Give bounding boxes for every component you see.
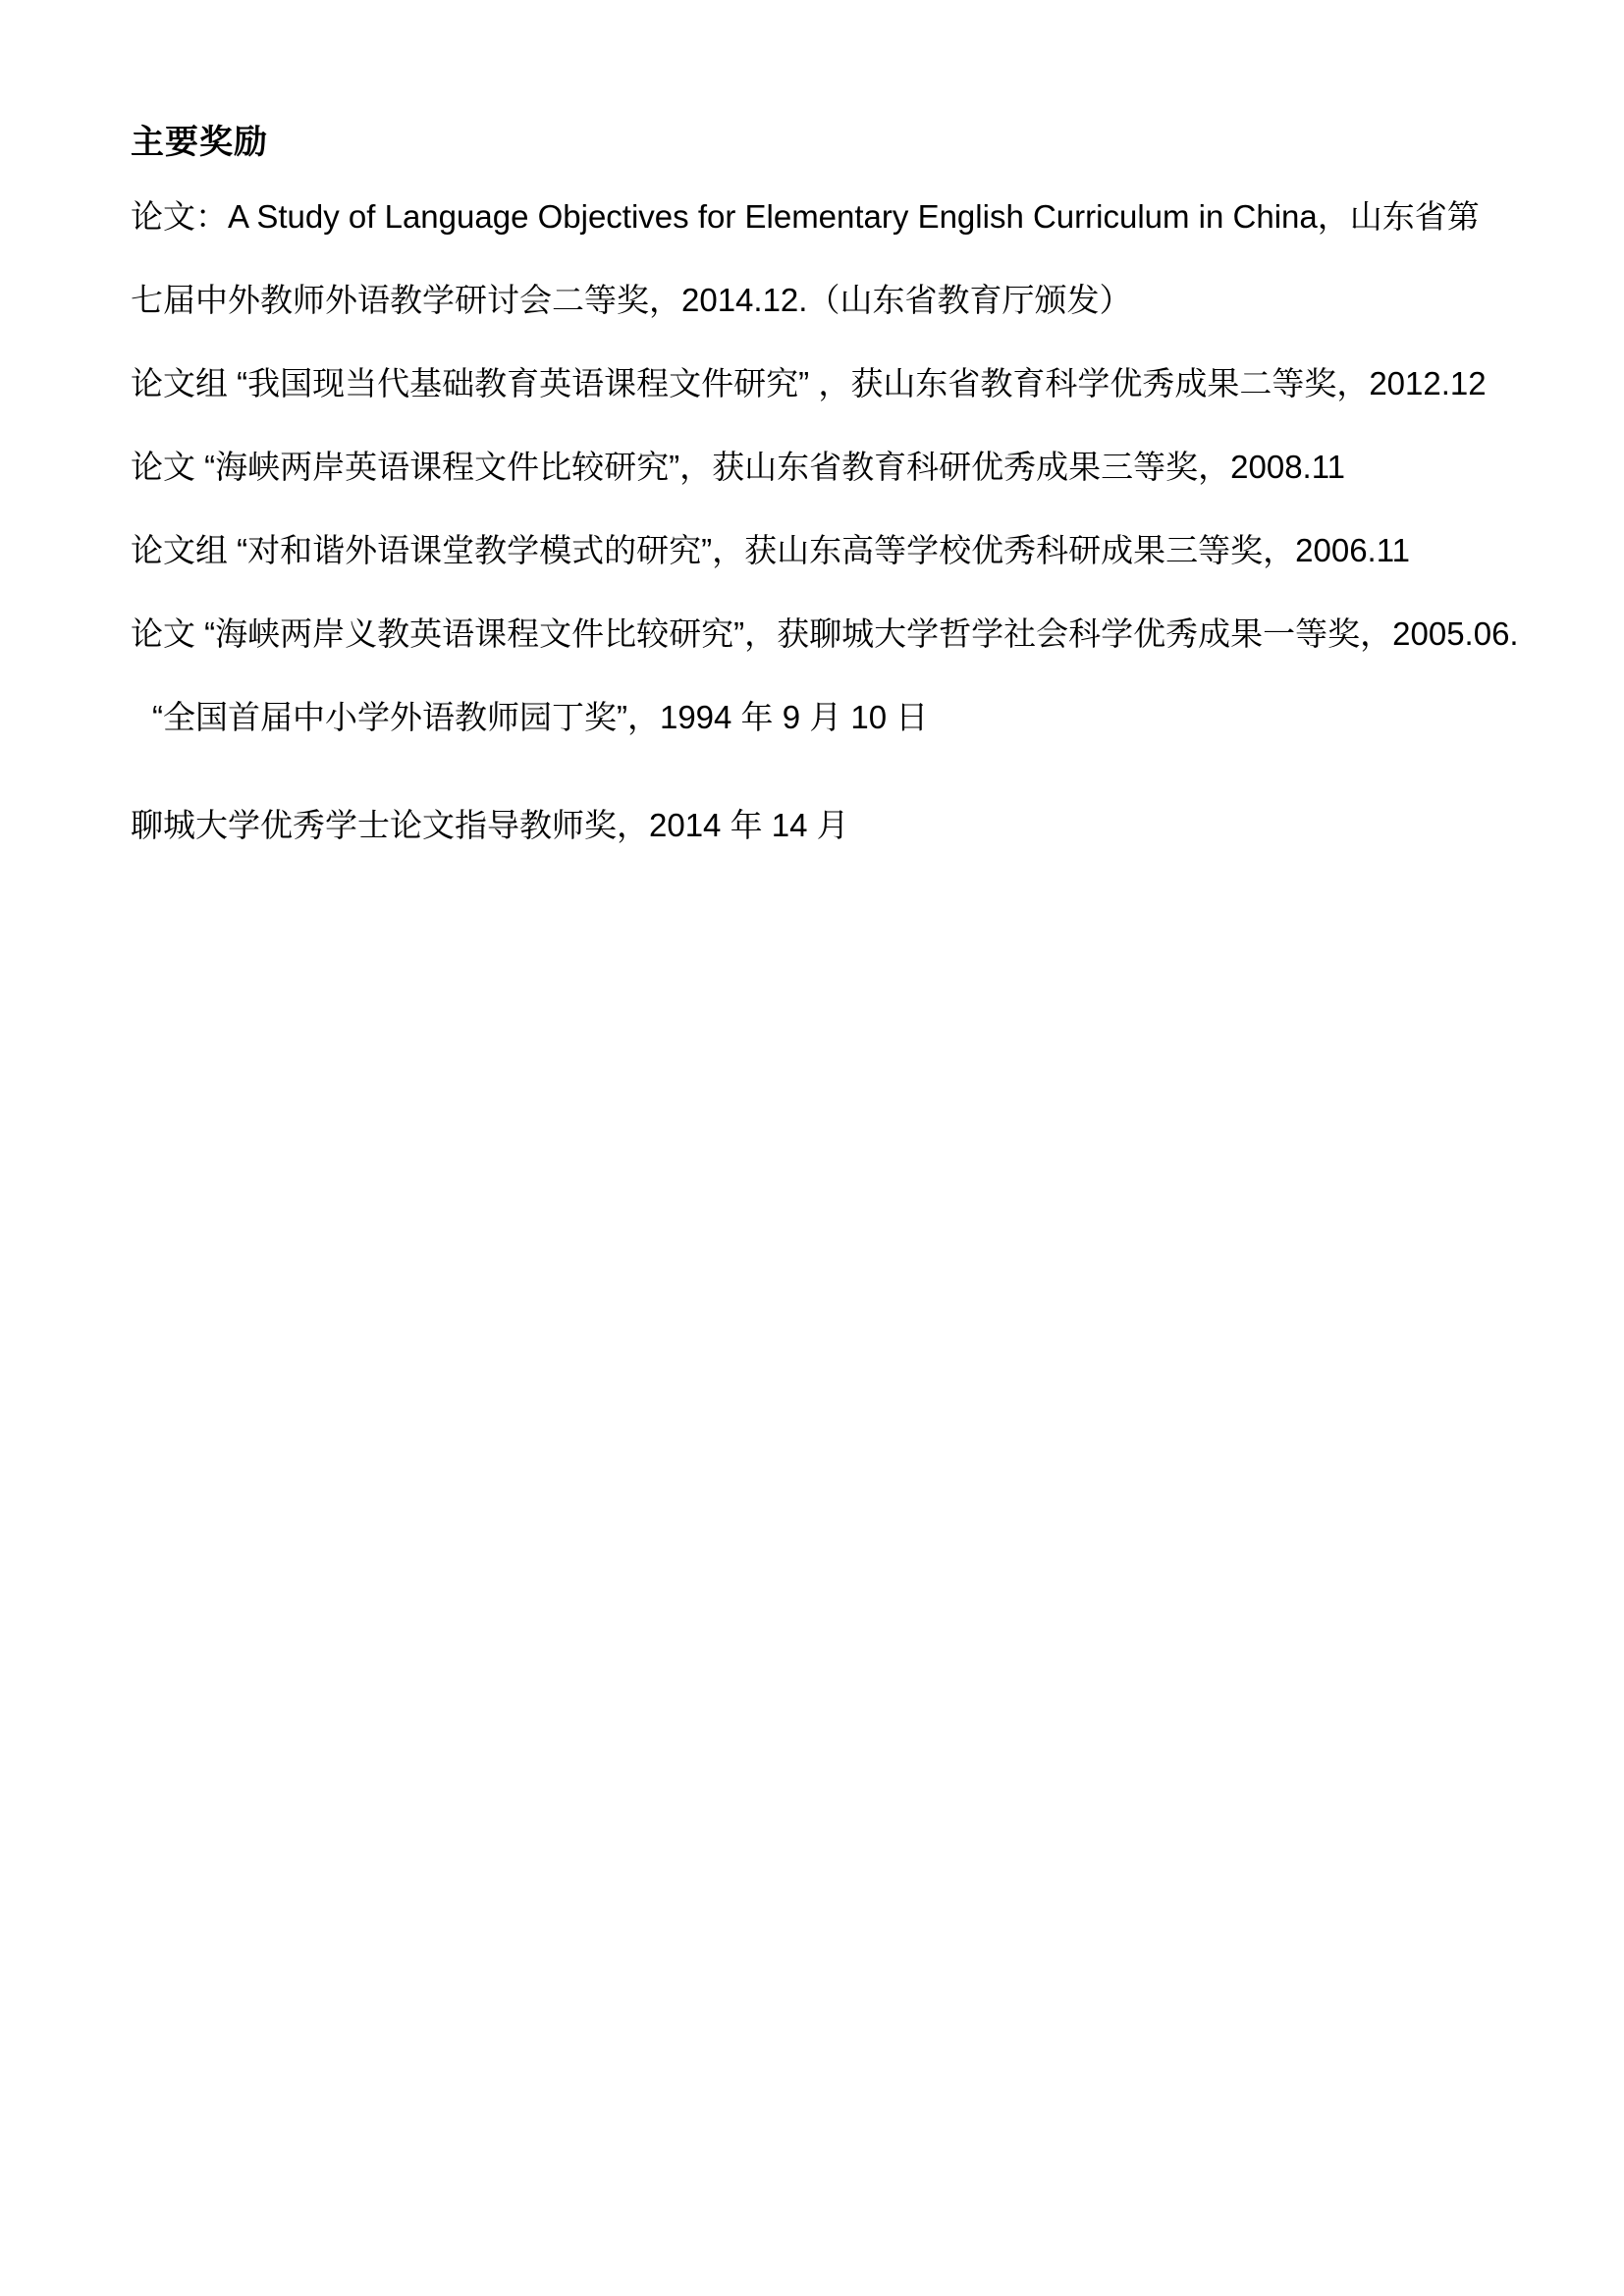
award-line-paper-cross-strait-english: 论文 “海峡两岸英语课程文件比较研究”，获山东省教育科研优秀成果三等奖，2008… bbox=[131, 425, 1477, 508]
award-line-paper-group-harmonious-classroom: 论文组 “对和谐外语课堂教学模式的研究”，获山东高等学校优秀科研成果三等奖，20… bbox=[131, 508, 1477, 592]
award-line-paper-english-curriculum-part1: 论文：A Study of Language Objectives for El… bbox=[131, 175, 1477, 258]
section-heading: 主要奖励 bbox=[131, 124, 1477, 161]
document-page: 主要奖励 论文：A Study of Language Objectives f… bbox=[0, 0, 1624, 2296]
award-line-paper-cross-strait-compulsory: 论文 “海峡两岸义教英语课程文件比较研究”，获聊城大学哲学社会科学优秀成果一等奖… bbox=[131, 592, 1477, 675]
award-line-thesis-advisor-award: 聊城大学优秀学士论文指导教师奖，2014 年 14 月 bbox=[131, 783, 1477, 867]
award-list: 论文：A Study of Language Objectives for El… bbox=[131, 175, 1477, 867]
award-line-paper-group-basic-education: 论文组 “我国现当代基础教育英语课程文件研究” ，获山东省教育科学优秀成果二等奖… bbox=[131, 342, 1477, 425]
document-content: 主要奖励 论文：A Study of Language Objectives f… bbox=[0, 124, 1624, 867]
award-line-paper-english-curriculum-part2: 七届中外教师外语教学研讨会二等奖，2014.12.（山东省教育厅颁发） bbox=[131, 258, 1477, 342]
award-line-national-gardener-award: “全国首届中小学外语教师园丁奖”，1994 年 9 月 10 日 bbox=[131, 675, 1477, 759]
